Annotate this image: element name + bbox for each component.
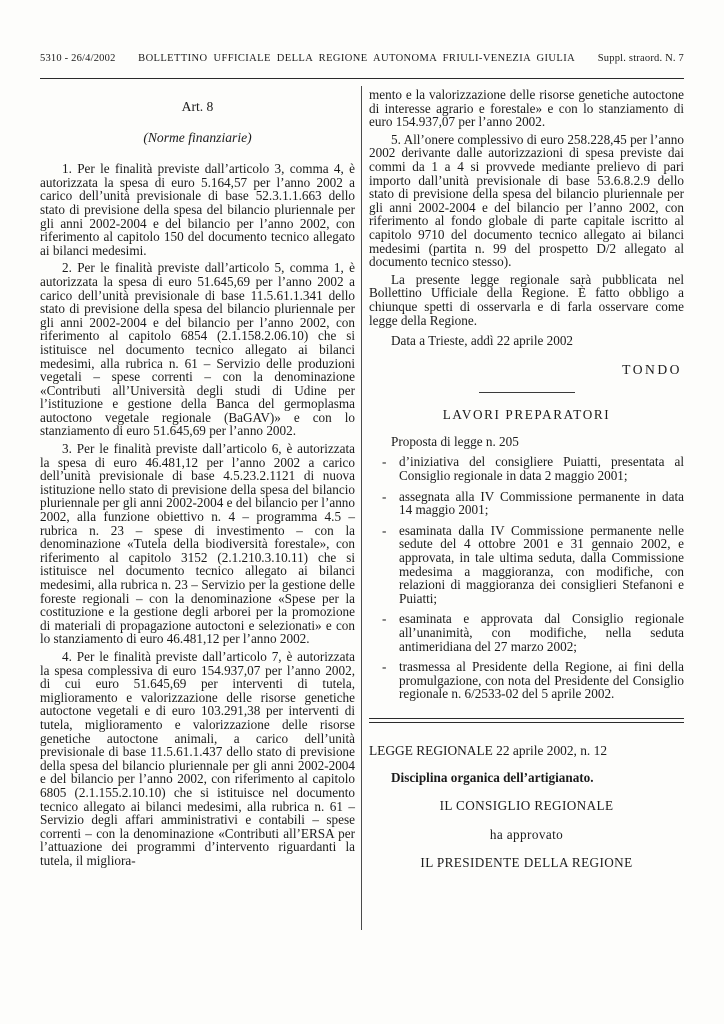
article-subtitle: (Norme finanziarie) <box>40 131 355 145</box>
president-line: IL PRESIDENTE DELLA REGIONE <box>369 856 684 870</box>
dash-marker: - <box>382 455 386 469</box>
law-title: Disciplina organica dell’artigianato. <box>369 771 684 785</box>
right-column: mento e la valorizzazione delle risorse … <box>369 88 684 870</box>
lavori-item-2: - assegnata alla IV Commissione permanen… <box>369 490 684 517</box>
article-paragraph-3: 3. Per le finalità previste dall’articol… <box>40 442 355 646</box>
approved-line: ha approvato <box>369 828 684 842</box>
article-number: Art. 8 <box>40 100 355 114</box>
article-paragraph-4: 4. Per le finalità previste dall’articol… <box>40 650 355 868</box>
header-rule <box>40 78 684 79</box>
lavori-item-text: esaminata dalla IV Commissione permanent… <box>399 524 684 606</box>
lavori-item-text: esaminata e approvata dal Consiglio regi… <box>399 612 684 653</box>
dash-marker: - <box>382 490 386 504</box>
running-header: 5310 - 26/4/2002 BOLLETTINO UFFICIALE DE… <box>40 53 684 64</box>
lavori-preparatori-title: LAVORI PREPARATORI <box>369 408 684 422</box>
article-paragraph-2: 2. Per le finalità previste dall’articol… <box>40 261 355 438</box>
lavori-item-text: trasmessa al Presidente della Regione, a… <box>399 660 684 701</box>
law-separator-double-rule <box>369 718 684 723</box>
lavori-item-4: - esaminata e approvata dal Consiglio re… <box>369 612 684 653</box>
section-separator-rule <box>479 392 575 393</box>
lavori-item-1: - d’iniziativa del consigliere Puiatti, … <box>369 455 684 482</box>
header-supplement-number: Suppl. straord. N. 7 <box>598 53 684 64</box>
article-paragraph-4-continuation: mento e la valorizzazione delle risorse … <box>369 88 684 129</box>
article-paragraph-1: 1. Per le finalità previste dall’articol… <box>40 162 355 257</box>
lavori-item-5: - trasmessa al Presidente della Regione,… <box>369 660 684 701</box>
dash-marker: - <box>382 660 386 674</box>
dash-marker: - <box>382 612 386 626</box>
president-signature: TONDO <box>369 363 684 377</box>
dash-marker: - <box>382 524 386 538</box>
date-line: Data a Trieste, addì 22 aprile 2002 <box>369 334 684 348</box>
article-paragraph-5: 5. All’onere complessivo di euro 258.228… <box>369 133 684 269</box>
law-heading: LEGGE REGIONALE 22 aprile 2002, n. 12 <box>369 744 684 758</box>
council-line: IL CONSIGLIO REGIONALE <box>369 799 684 813</box>
lavori-item-3: - esaminata dalla IV Commissione permane… <box>369 524 684 606</box>
left-column: Art. 8 (Norme finanziarie) 1. Per le fin… <box>40 88 355 870</box>
column-divider-rule <box>361 86 362 930</box>
gazette-page: 5310 - 26/4/2002 BOLLETTINO UFFICIALE DE… <box>0 0 724 1024</box>
lavori-item-text: assegnata alla IV Commissione permanente… <box>399 490 684 517</box>
header-issue-date: 5310 - 26/4/2002 <box>40 53 116 64</box>
proposal-line: Proposta di legge n. 205 <box>369 435 684 449</box>
publication-clause: La presente legge regionale sarà pubblic… <box>369 273 684 327</box>
lavori-item-text: d’iniziativa del consigliere Puiatti, pr… <box>399 455 684 482</box>
two-column-body: Art. 8 (Norme finanziarie) 1. Per le fin… <box>40 88 684 870</box>
header-gazette-title: BOLLETTINO UFFICIALE DELLA REGIONE AUTON… <box>138 53 575 64</box>
